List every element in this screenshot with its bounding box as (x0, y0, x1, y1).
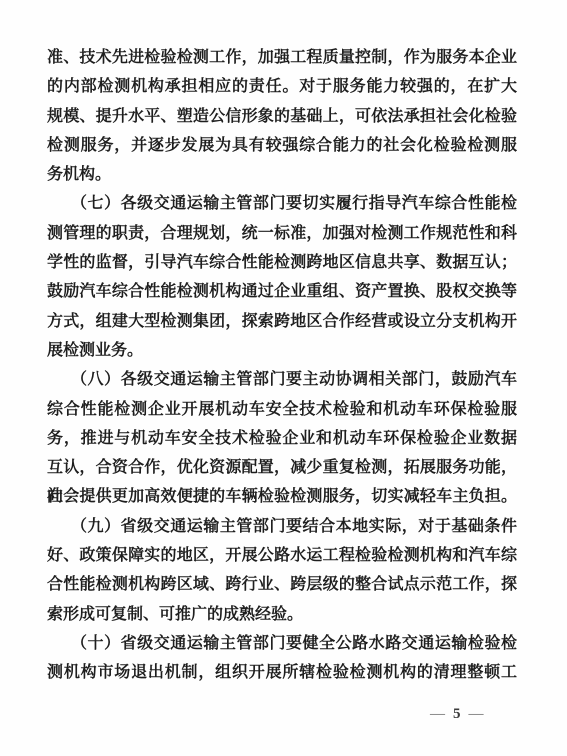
text-line: 社会提供更加高效便捷的车辆检验检测服务，切实减轻车主负担。 (47, 482, 517, 511)
text-line: 检测服务，并逐步发展为具有较强综合能力的社会化检验检测服 (47, 131, 517, 160)
page-number-dash-left: — (430, 706, 447, 722)
page-number: —5— (430, 706, 486, 723)
text-line: 学性的监督，引导汽车综合性能检测跨地区信息共享、数据互认； (47, 248, 517, 277)
text-line: 好、政策保障实的地区，开展公路水运工程检验检测机构和汽车综 (47, 541, 517, 570)
text-line: 互认，合资合作，优化资源配置，减少重复检测，拓展服务功能，向 (47, 453, 517, 482)
text-line: 综合性能检测企业开展机动车安全技术检验和机动车环保检验服 (47, 395, 517, 424)
text-line: 的内部检测机构承担相应的责任。对于服务能力较强的，在扩大 (47, 72, 517, 101)
page-number-dash-right: — (469, 706, 486, 722)
text-line: 规模、提升水平、塑造公信形象的基础上，可依法承担社会化检验 (47, 102, 517, 131)
text-line-paragraph-10-start: （十）省级交通运输主管部门要健全公路水路交通运输检验检 (47, 629, 517, 658)
text-line: 展检测业务。 (47, 336, 517, 365)
text-line: 索形成可复制、可推广的成熟经验。 (47, 600, 517, 629)
text-line: 测管理的职责，合理规划，统一标准，加强对检测工作规范性和科 (47, 219, 517, 248)
text-line: 鼓励汽车综合性能检测机构通过企业重组、资产置换、股权交换等 (47, 277, 517, 306)
page-number-value: 5 (447, 706, 469, 722)
text-line-paragraph-9-start: （九）省级交通运输主管部门要结合本地实际，对于基础条件 (47, 512, 517, 541)
text-line: 方式，组建大型检测集团，探索跨地区合作经营或设立分支机构开 (47, 307, 517, 336)
text-line-paragraph-7-start: （七）各级交通运输主管部门要切实履行指导汽车综合性能检 (47, 189, 517, 218)
text-line: 务机构。 (47, 160, 517, 189)
text-line: 合性能检测机构跨区域、跨行业、跨层级的整合试点示范工作，探 (47, 570, 517, 599)
document-body: 准、技术先进检验检测工作，加强工程质量控制，作为服务本企业 的内部检测机构承担相… (47, 43, 517, 688)
text-line: 务，推进与机动车安全技术检验企业和机动车环保检验企业数据 (47, 424, 517, 453)
text-line-paragraph-8-start: （八）各级交通运输主管部门要主动协调相关部门，鼓励汽车 (47, 365, 517, 394)
document-page: 准、技术先进检验检测工作，加强工程质量控制，作为服务本企业 的内部检测机构承担相… (0, 0, 567, 756)
text-line: 测机构市场退出机制，组织开展所辖检验检测机构的清理整顿工 (47, 658, 517, 687)
text-line: 准、技术先进检验检测工作，加强工程质量控制，作为服务本企业 (47, 43, 517, 72)
